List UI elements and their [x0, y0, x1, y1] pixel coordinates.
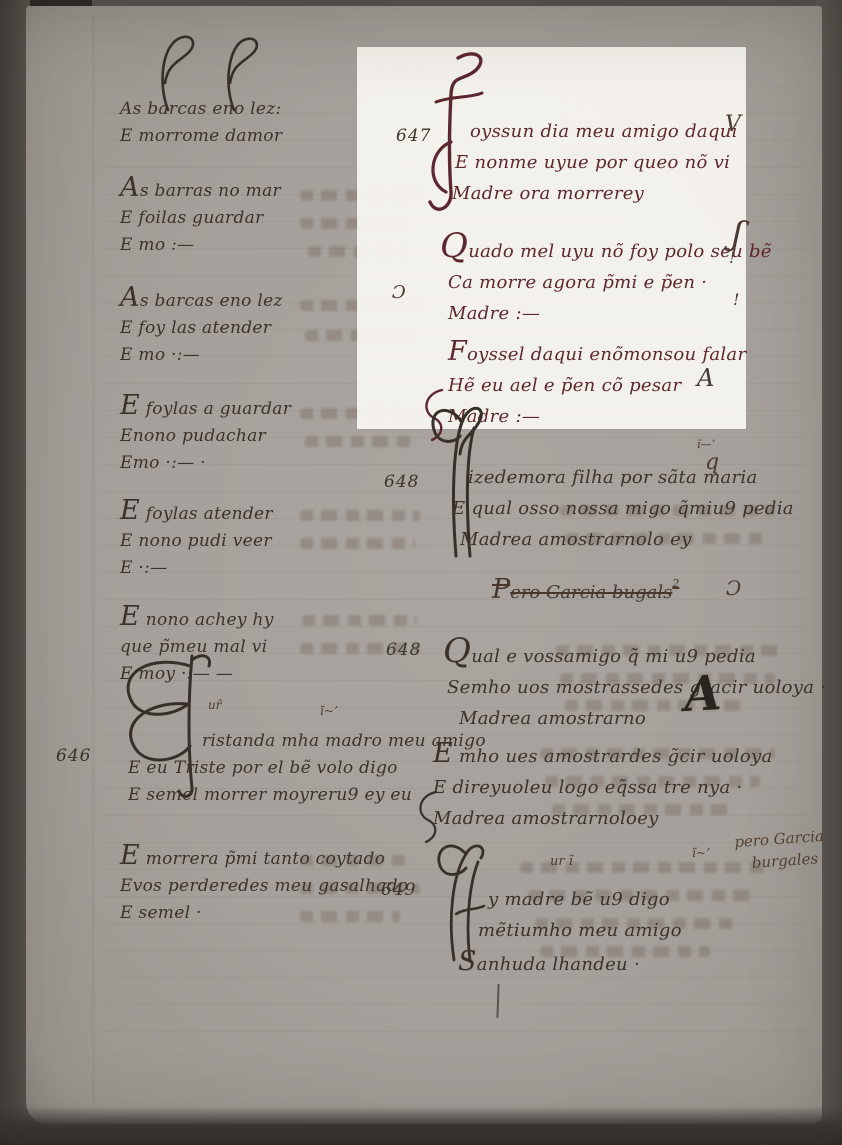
verse-line: E morrome damor	[120, 123, 282, 150]
verse-line: E mo :—	[120, 232, 281, 259]
verse-line: Sanhuda lhandeu ·	[458, 946, 682, 980]
verse-line: Evos perderedes meu gasalhado	[120, 873, 408, 900]
verse-line: As barcas eno lez	[120, 284, 283, 315]
scan-bottom-edge	[0, 1106, 842, 1145]
stanza-647: oyssun dia meu amigo daqui E nonme uyue …	[452, 116, 738, 209]
manuscript-scan: As barcas eno lez: E morrome damor As ba…	[0, 0, 842, 1145]
showthrough-line	[305, 436, 415, 447]
verse-line: E semel ·	[120, 900, 408, 927]
showthrough-line	[300, 510, 420, 521]
v-mark: V	[725, 112, 741, 137]
verse-line: E foilas guardar	[120, 205, 281, 232]
verse-line: Enono pudachar	[120, 423, 291, 450]
verse-line: Madre ora morrerey	[452, 178, 738, 209]
letter-a-bold-mark: A	[683, 665, 723, 723]
verse-line: Emo ·:— ·	[120, 450, 291, 477]
verse-line: As barcas eno lez:	[120, 96, 282, 123]
scribal-squiggle-2: ĩ~ʼ	[692, 846, 710, 860]
verse-line: Madre :—	[440, 298, 772, 329]
verse-line: Ca morre agora p̃mi e p̃en ·	[440, 267, 772, 298]
cantiga-number-649: 649	[381, 880, 416, 900]
stanza-emho: E mho ues amostrardes g̃cir uoloya E dir…	[433, 738, 773, 834]
scribal-sup-mark: ur̂	[208, 698, 221, 712]
verse-line: izedemora filha por sãta maria	[452, 462, 794, 493]
verse-line: E qual osso nossa migo q̃miu9 pedia	[452, 493, 794, 524]
scribal-squiggle: ĩ~ʼ	[320, 704, 338, 718]
verse-line: E foylas a guardar	[120, 392, 291, 423]
verse-line: E nono pudi veer	[120, 528, 273, 555]
cantiga-number-646: 646	[56, 746, 91, 766]
verse-line: Qual e vossamigo q̃ mi u9 pedia	[443, 636, 826, 672]
verse-line: E mo ·:—	[120, 342, 283, 369]
exclamation-mark-1: !	[729, 248, 735, 267]
stanza-649: y madre bẽ u9 digo mẽtiumho meu amigo …	[458, 884, 682, 980]
cantiga-number-648b: 648	[386, 640, 421, 660]
c-mark: Ɔ	[392, 282, 406, 303]
verse-line: Madrea amostrarno	[443, 703, 826, 734]
stanza-left-5: E foylas atender E nono pudi veer E ·:—	[120, 497, 273, 582]
exclamation-mark-2: !	[733, 290, 739, 309]
struck-text: Pero Garcia bugals	[492, 582, 672, 603]
showthrough-line	[302, 615, 417, 626]
stanza-left-8: E morrera p̃mi tanto coytado Evos perder…	[120, 842, 408, 927]
verse-line: E foy las atender	[120, 315, 283, 342]
stanza-left-1: As barcas eno lez: E morrome damor	[120, 96, 282, 150]
verse-line: mẽtiumho meu amigo	[458, 915, 682, 946]
page-crease	[93, 12, 96, 1107]
verse-line: Madrea amostrarnolo ey	[452, 524, 794, 555]
verse-line: E nonme uyue por queo nõ vi	[452, 147, 738, 178]
verse-line: E direyuoleu logo eq̃ssa tre nya ·	[433, 772, 773, 803]
letter-a-small-mark: A	[697, 364, 714, 392]
verse-line: Semho uos mostrassedes gracir uoloya ·	[443, 672, 826, 703]
stanza-left-4: E foylas a guardar Enono pudachar Emo ·:…	[120, 392, 291, 477]
verse-line: E nono achey hy	[120, 603, 274, 634]
stanza-left-2: As barras no mar E foilas guardar E mo :…	[120, 174, 281, 259]
verse-line: y madre bẽ u9 digo	[458, 884, 682, 915]
verse-line: E mho ues amostrardes g̃cir uoloya	[433, 738, 773, 772]
verse-line: Madrea amostrarnoloey	[433, 803, 773, 834]
attribution-note: pero Garcia burgales	[734, 825, 827, 875]
verse-line: E ·:—	[120, 555, 273, 582]
verse-line: E morrera p̃mi tanto coytado	[120, 842, 408, 873]
verse-line: oyssun dia meu amigo daqui	[452, 116, 738, 147]
scribal-sup-mark-2: ur ĩ	[550, 854, 573, 869]
cantiga-number-648: 648	[384, 472, 419, 492]
stanza-648: izedemora filha por sãta maria E qual o…	[452, 462, 794, 555]
cantiga-number-647: 647	[396, 126, 431, 146]
showthrough-line	[300, 538, 415, 549]
stanza-648b: Qual e vossamigo q̃ mi u9 pedia Semho uo…	[443, 636, 826, 734]
c-mark-2: Ɔ	[726, 576, 741, 600]
verse-line: As barras no mar	[120, 174, 281, 205]
struck-superscript: 2	[672, 577, 679, 590]
verse-line: Quado mel uyu nõ foy polo seu bẽ	[440, 231, 772, 267]
struck-attribution: Pero Garcia bugals2	[492, 574, 679, 605]
q-mark: q	[705, 450, 719, 475]
stanza-left-3: As barcas eno lez E foy las atender E mo…	[120, 284, 283, 369]
stanza-quando: Quado mel uyu nõ foy polo seu bẽ Ca mo…	[440, 231, 772, 329]
verse-line: E foylas atender	[120, 497, 273, 528]
